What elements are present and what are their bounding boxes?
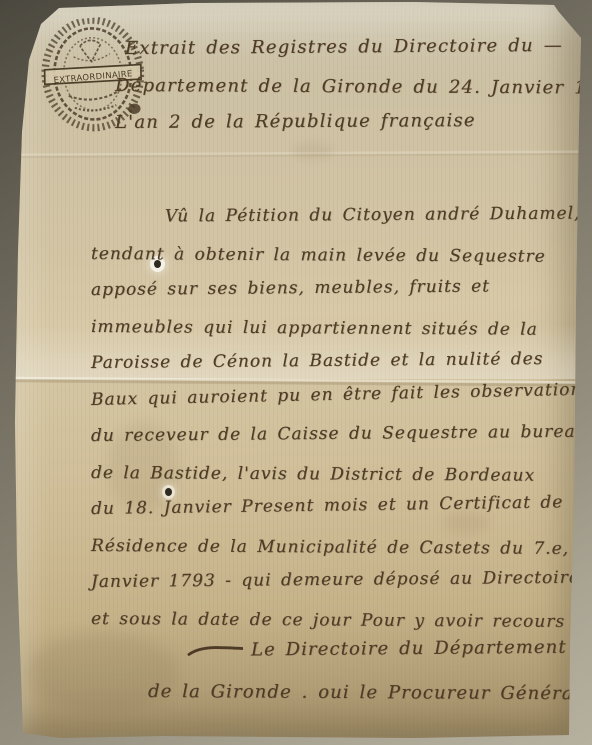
closing-block: Le Directoire du Département de la Giron… [91, 630, 592, 712]
foxing-stain [293, 142, 333, 160]
closing-line-2: de la Gironde . oui le Procureur Général… [148, 671, 592, 715]
closing-line-1-text: Le Directoire du Département [251, 627, 567, 671]
pen-flourish-stroke [187, 632, 243, 673]
document-photo: EXTRAORDINAIRE Extrait des Registres du … [0, 0, 592, 745]
header-line-2: Département de la Gironde du 24. Janvier… [115, 67, 592, 107]
body-line-9: du 18. Janvier Present mois et un Certif… [91, 484, 592, 527]
body-line-11: Janvier 1793 - qui demeure déposé au Dir… [91, 560, 592, 601]
fold-crease-upper [13, 151, 581, 160]
manuscript-paper: EXTRAORDINAIRE Extrait des Registres du … [13, 2, 581, 740]
header-block: Extrait des Registres du Directoire du —… [115, 30, 592, 141]
header-line-3: L'an 2 de la République française [115, 101, 592, 141]
body-line-7: du receveur de la Caisse du Sequestre au… [91, 414, 592, 455]
header-line-1: Extrait des Registres du Directoire du — [125, 27, 592, 67]
body-block: Vû la Pétition du Citoyen andré Duhamel,… [91, 199, 592, 637]
body-line-3: apposé sur ses biens, meubles, fruits et [91, 268, 592, 309]
body-line-1: Vû la Pétition du Citoyen andré Duhamel, [91, 196, 592, 236]
closing-line-1: Le Directoire du Département [187, 626, 592, 671]
